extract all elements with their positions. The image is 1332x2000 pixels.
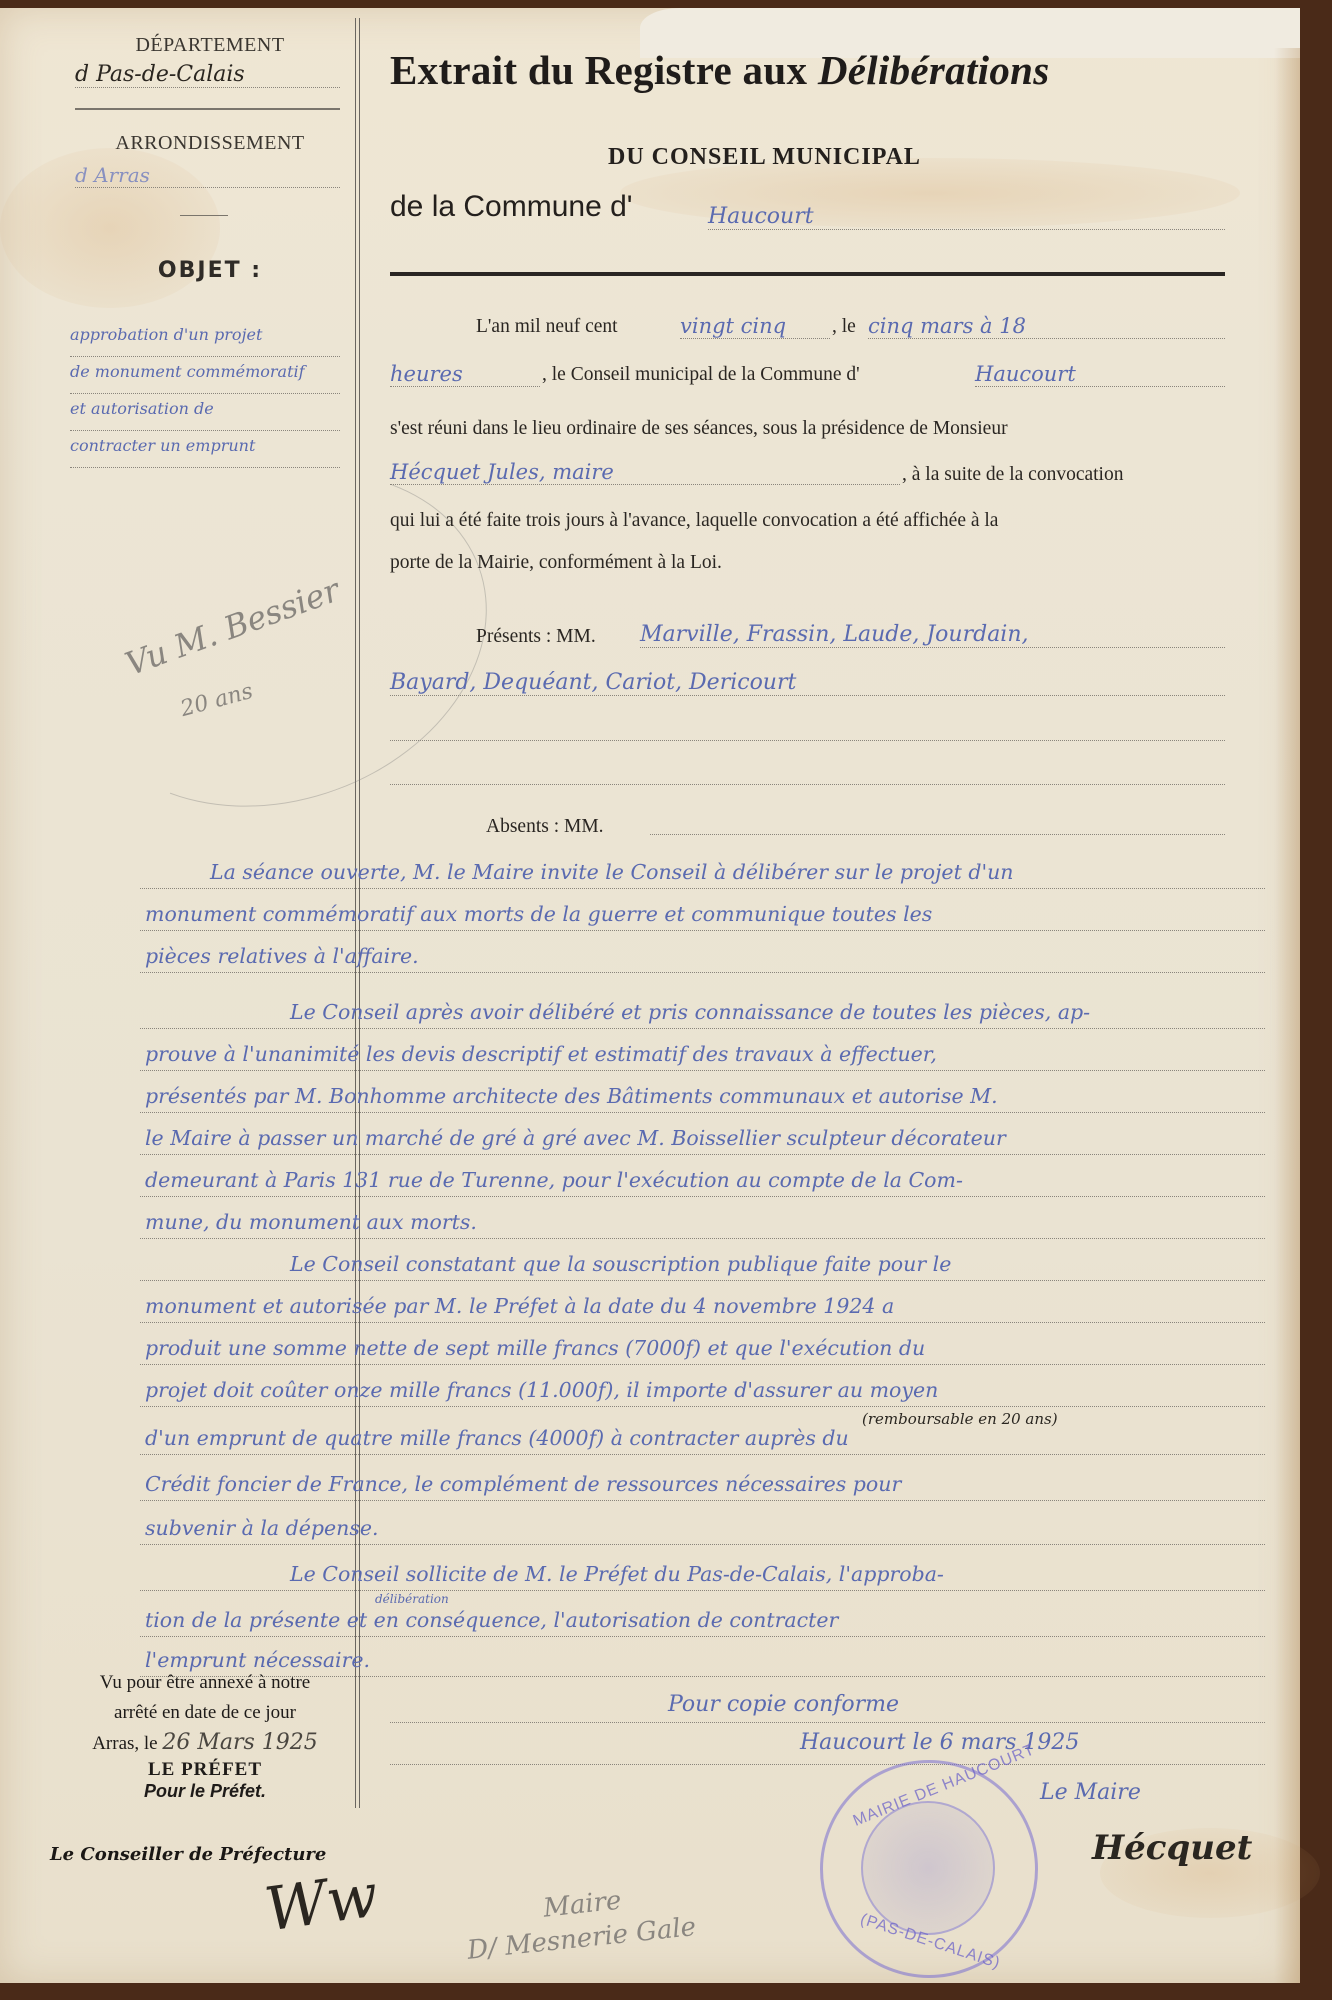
ruled-line [390,1764,1265,1765]
ruled-line [140,1544,1265,1545]
place-date: Haucourt le 6 mars 1925 [800,1730,1079,1755]
stamp-line: arrêté en date de ce jour [40,1698,370,1728]
hour-fill: heures [390,362,540,387]
objet-text: approbation d'un projet de monument comm… [70,320,340,468]
preamble-text: qui lui a été faite trois jours à l'avan… [390,510,998,532]
body-line: Crédit foncier de France, le complément … [145,1472,1275,1496]
body-line: tion de la présente et en conséquence, l… [145,1608,1275,1632]
arras-date: 26 Mars 1925 [162,1730,317,1755]
arras-prefix: Arras, le [92,1733,157,1754]
document-subtitle: DU CONSEIL MUNICIPAL [608,144,921,171]
le-maire-label: Le Maire [1040,1780,1141,1805]
deliberation-annotation: délibération [375,1592,449,1606]
body-line: pièces relatives à l'affaire. [145,944,1275,968]
ruled-line [140,1028,1265,1029]
absents-label: Absents : MM. [486,816,604,838]
body-line: d'un emprunt de quatre mille francs (400… [145,1426,1275,1450]
body-line: le Maire à passer un marché de gré à gré… [145,1126,1275,1150]
blank-line [390,764,1225,785]
body-line: Le Conseil sollicite de M. le Préfet du … [290,1562,1280,1586]
body-line: produit une somme nette de sept mille fr… [145,1336,1275,1360]
ruled-line [140,1238,1265,1239]
prefet-signature: Ww [261,1860,383,1945]
mairie-seal: MAIRIE DE HAUCOURT (PAS-DE-CALAIS) [820,1760,1038,1978]
preamble-text: , le Conseil municipal de la Commune d' [542,364,860,386]
year-fill: vingt cinq [680,314,830,339]
ruled-line [140,930,1265,931]
body-line: subvenir à la dépense. [145,1516,1275,1540]
commune-name: Haucourt [708,204,1225,230]
ruled-line [140,1322,1265,1323]
preamble-text: , le [832,316,856,338]
date-fill: cinq mars à 18 [868,314,1225,339]
commune-line: de la Commune d' Haucourt [390,190,1225,234]
body-line: Le Conseil après avoir délibéré et pris … [290,1000,1280,1024]
ruled-line [390,1722,1265,1723]
body-line: demeurant à Paris 131 rue de Turenne, po… [145,1168,1275,1192]
le-prefet-label: LE PRÉFET [40,1759,370,1781]
title-text: Extrait du Registre aux [390,47,818,93]
commune-fill: Haucourt [975,362,1225,387]
body-line: projet doit coûter onze mille francs (11… [145,1378,1275,1402]
objet-label: OBJET : [100,258,320,283]
divider [75,108,340,110]
pour-le-prefet-label: Pour le Préfet. [40,1781,370,1802]
title-text-italic: Délibérations [818,47,1050,93]
departement-value: d Pas-de-Calais [75,62,340,88]
body-line: La séance ouverte, M. le Maire invite le… [210,860,1332,884]
body-line: présentés par M. Bonhomme architecte des… [145,1084,1275,1108]
president-fill: Hécquet Jules, maire [390,460,900,485]
departement-label: DÉPARTEMENT [80,34,340,57]
arrondissement-value: d Arras [75,163,340,188]
copie-conforme: Pour copie conforme [668,1692,899,1717]
divider [180,215,228,216]
objet-line: et autorisation de [70,394,340,431]
absents-fill [650,814,1225,835]
preamble-text: s'est réuni dans le lieu ordinaire de se… [390,418,1008,440]
ruled-line [140,1070,1265,1071]
objet-line: approbation d'un projet [70,320,340,357]
preamble-text: porte de la Mairie, conformément à la Lo… [390,552,722,574]
document-title: Extrait du Registre aux Délibérations [390,46,1050,94]
body-line: monument commémoratif aux morts de la gu… [145,902,1275,926]
preamble-text: L'an mil neuf cent [476,316,618,338]
ruled-line [140,1636,1265,1637]
ruled-line [140,888,1265,889]
body-line: prouve à l'unanimité les devis descripti… [145,1042,1275,1066]
ruled-line [140,1196,1265,1197]
prefecture-stamp: Vu pour être annexé à notre arrêté en da… [40,1668,370,1802]
maire-signature: Hécquet [1092,1828,1252,1868]
presents-label: Présents : MM. [476,626,596,648]
document-page: DÉPARTEMENT d Pas-de-Calais ARRONDISSEME… [0,8,1300,1983]
ruled-line [140,1364,1265,1365]
body-line: Le Conseil constatant que la souscriptio… [290,1252,1280,1276]
ruled-line [140,1406,1265,1407]
pencil-bottom-note: Maire D/ Mesnerie Gale [462,1876,698,1968]
ruled-line [140,1590,1265,1591]
commune-label: de la Commune d' [390,190,633,223]
objet-line: de monument commémoratif [70,357,340,394]
ruled-line [140,1500,1265,1501]
body-line: mune, du monument aux morts. [145,1210,1275,1234]
stamp-line: Vu pour être annexé à notre [40,1668,370,1698]
ruled-line [140,1154,1265,1155]
objet-line: contracter un emprunt [70,431,340,468]
ruled-line [140,972,1265,973]
presents-line: Marville, Frassin, Laude, Jourdain, [640,622,1225,648]
conseiller-label: Le Conseiller de Préfecture [50,1844,326,1865]
header-rule [390,272,1225,276]
ruled-line [140,1454,1265,1455]
arrondissement-label: ARRONDISSEMENT [80,132,340,155]
body-line: monument et autorisée par M. le Préfet à… [145,1294,1275,1318]
ruled-line [140,1112,1265,1113]
ruled-line [140,1280,1265,1281]
blank-line [390,720,1225,741]
stamp-arras-line: Arras, le 26 Mars 1925 [40,1728,370,1759]
presents-line: Bayard, Dequéant, Cariot, Dericourt [390,670,1225,696]
preamble-text: , à la suite de la convocation [902,464,1123,486]
